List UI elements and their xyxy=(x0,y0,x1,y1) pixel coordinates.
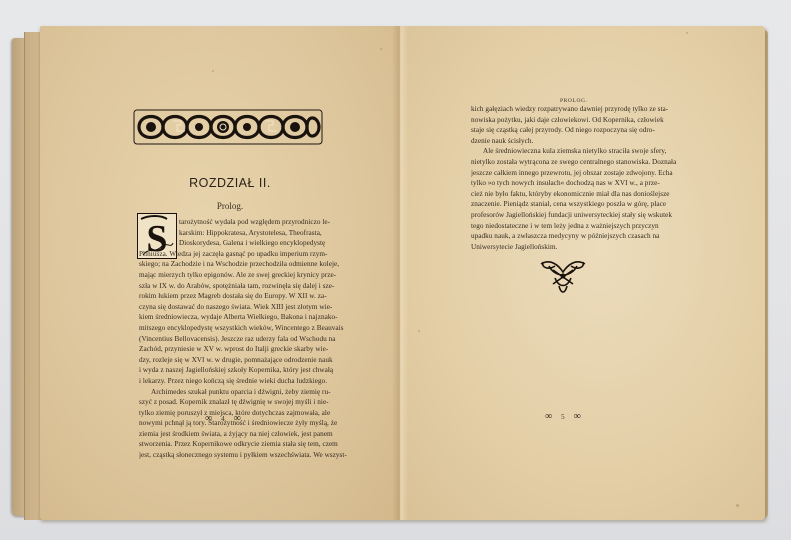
text-line: kiem średniowiecza, wydaje Alberta Wielk… xyxy=(139,312,371,323)
text-line: i lekarzy. Przez niego kończą się średni… xyxy=(139,376,371,387)
text-line: staje się cząstką całej przyrody. Od nie… xyxy=(471,125,703,136)
right-page-folio: ∞ 5 ∞ xyxy=(545,411,581,422)
text-line: Uniwersytecie Jagiellońskim. xyxy=(471,242,703,253)
text-line: jest, cząstką słonecznego systemu i pyłk… xyxy=(139,450,371,461)
text-line: rokim łukiem przez Magreb dostała się do… xyxy=(139,291,371,302)
text-line: karskim: Hippokratesa, Arystotelesa, The… xyxy=(139,228,371,239)
folio-ornament-icon: ∞ xyxy=(545,411,552,422)
text-line: Zachód, przyniesie w XV w. wprost do Ita… xyxy=(139,344,371,355)
text-line: i wyda z naszej Jagiellońskiej szkoły Ko… xyxy=(139,365,371,376)
text-line: nowiska pożytku, jaki daje człowiekowi. … xyxy=(471,115,703,126)
text-line: nowymi pchnął ją tory. Starożytność i śr… xyxy=(139,418,371,429)
text-line: skiego; na Zachodzie i na Wschodzie prze… xyxy=(139,259,371,270)
left-page-folio: ∞ 4 ∞ xyxy=(205,413,241,424)
foxing-spot xyxy=(686,32,688,34)
page-number: 4 xyxy=(221,415,225,423)
open-book: ROZDZIAŁ II. Prolog. S tarożytność wydał… xyxy=(0,0,791,540)
text-line: nietylko została wytrącona ze swego cent… xyxy=(471,157,703,168)
text-line: dzenie nauk ścisłych. xyxy=(471,136,703,147)
text-line: tylko ziemię poruszył z miejsca, które d… xyxy=(139,408,371,419)
left-page-body-text: tarożytność wydała pod względem przyrodn… xyxy=(139,217,371,461)
folio-ornament-icon: ∞ xyxy=(574,411,581,422)
text-line: tego niedostateczne i w tem leży jedna z… xyxy=(471,221,703,232)
foxing-spot xyxy=(736,504,739,507)
text-line: stworzenia. Przez Kopernikowe odkrycie z… xyxy=(139,439,371,450)
text-line: szyć z posad. Kopernik znalazł tę dźwign… xyxy=(139,397,371,408)
page-number: 5 xyxy=(561,413,565,421)
foxing-spot xyxy=(212,70,214,72)
text-line: (Vincentius Bellovacensis). Jeszcze raz … xyxy=(139,334,371,345)
text-line: Pliniusza. Wiedza jej zaczęła gasnąć po … xyxy=(139,249,371,260)
foxing-spot xyxy=(380,48,382,50)
text-line: profesorów Jagiellońskiej fundacji uniwe… xyxy=(471,210,703,221)
chapter-subtitle: Prolog. xyxy=(130,201,330,211)
text-line: upadku nauk, a zwłaszcza medycyny w późn… xyxy=(471,231,703,242)
folio-ornament-icon: ∞ xyxy=(234,413,241,424)
folio-ornament-icon: ∞ xyxy=(205,413,212,424)
text-line: Dioskorydesa, Galena i wielkiego encyklo… xyxy=(139,238,371,249)
chapter-title: ROZDZIAŁ II. xyxy=(130,176,330,190)
celtic-knot-headpiece-icon xyxy=(133,107,323,147)
text-line: Archimedes szukał punktu oparcia i dźwig… xyxy=(139,387,371,398)
text-line: cież nie było faktu, któryby ekonomiczni… xyxy=(471,189,703,200)
text-line: szła w IX w. do Arabów, spotężniała tam,… xyxy=(139,281,371,292)
text-line: tarożytność wydała pod względem przyrodn… xyxy=(139,217,371,228)
book-gutter xyxy=(392,26,408,520)
text-line: Ale średniowieczna kula ziemska nietylko… xyxy=(471,146,703,157)
text-line: jeszcze całkiem innego przewrotu, jej ob… xyxy=(471,168,703,179)
text-line: dzy, rozleje się w XVI w. w drugie, pomn… xyxy=(139,355,371,366)
foxing-spot xyxy=(418,330,420,332)
text-line: mając mierzych tylko epigonów. Ale ze sw… xyxy=(139,270,371,281)
right-page-body-text: kich gałęziach wiedzy rozpatrywano dawni… xyxy=(471,104,703,252)
knot-tailpiece-icon xyxy=(537,256,589,296)
text-line: czyna się dostawać do naszego świata. Wi… xyxy=(139,302,371,313)
text-line: mitszego encyklopedystę wszystkich wiekó… xyxy=(139,323,371,334)
text-line: ziemia jest środkiem świata, a żyjący na… xyxy=(139,429,371,440)
text-line: znaczenie. Pieniądz staniał, cena wszyst… xyxy=(471,199,703,210)
text-line: kich gałęziach wiedzy rozpatrywano dawni… xyxy=(471,104,703,115)
text-line: tylko »o tych nowych insułach« dochodzą … xyxy=(471,178,703,189)
